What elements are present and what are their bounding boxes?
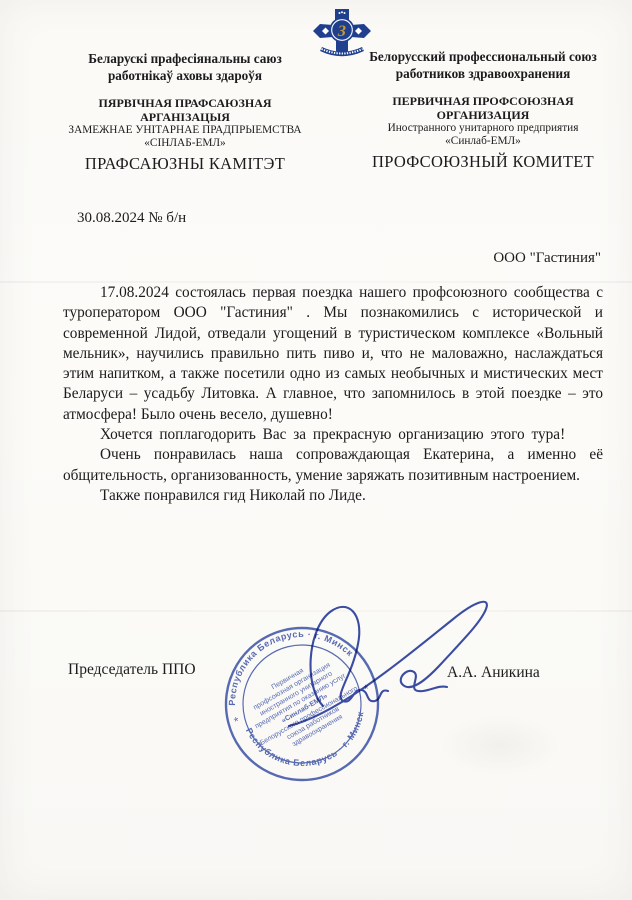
enterprise-name-ru: «Синлаб-ЕМЛ»	[352, 135, 614, 148]
letter-body: 17.08.2024 состоялась первая поездка наш…	[63, 283, 603, 506]
primary-org-line1-ru: ПЕРВИЧНАЯ ПРОФСОЮЗНАЯ	[352, 95, 614, 109]
body-paragraph-3: Очень понравилась наша сопроваждающая Ек…	[63, 445, 603, 486]
signature-ink-icon	[225, 592, 520, 744]
header-left-column: Беларускі прафесіянальны саюз работнікаў…	[56, 50, 314, 173]
committee-title-be: ПРАФСАЮЗНЫ КАМІТЭТ	[56, 154, 314, 173]
date-number-line: 30.08.2024 № б/н	[77, 210, 186, 227]
body-paragraph-2: Хочется поплагодорить Вас за прекрасную …	[63, 425, 603, 445]
header-right-column: Белорусский профессиональный союз работн…	[352, 48, 614, 171]
primary-org-line2-be: АРГАНІЗАЦЫЯ	[56, 111, 314, 125]
body-paragraph-4: Также понравился гид Николай по Лиде.	[63, 486, 603, 506]
signer-position-title: Председатель ППО	[68, 661, 196, 679]
body-paragraph-1: 17.08.2024 состоялась первая поездка наш…	[63, 283, 603, 425]
primary-org-line1-be: ПЯРВІЧНАЯ ПРАФСАЮЗНАЯ	[56, 97, 314, 111]
logo-monogram: З	[337, 23, 346, 40]
committee-title-ru: ПРОФСОЮЗНЫЙ КОМИТЕТ	[352, 152, 614, 171]
enterprise-name-be: «СІНЛАБ-ЕМЛ»	[56, 137, 314, 150]
org-name-ru: Белорусский профессиональный союз работн…	[352, 48, 614, 82]
addressee: ООО "Гастиния"	[493, 250, 601, 267]
handwritten-signature	[225, 592, 520, 744]
primary-org-line2-ru: ОРГАНИЗАЦИЯ	[352, 109, 614, 123]
enterprise-line-ru: Иностранного унитарного предприятия	[352, 122, 614, 135]
letter-page: З Беларускі прафесіянальны саюз работнік…	[0, 0, 632, 900]
org-name-be: Беларускі прафесіянальны саюз работнікаў…	[56, 50, 314, 84]
enterprise-line-be: ЗАМЕЖНАЕ УНІТАРНАЕ ПРАДПРЫЕМСТВА	[56, 124, 314, 137]
